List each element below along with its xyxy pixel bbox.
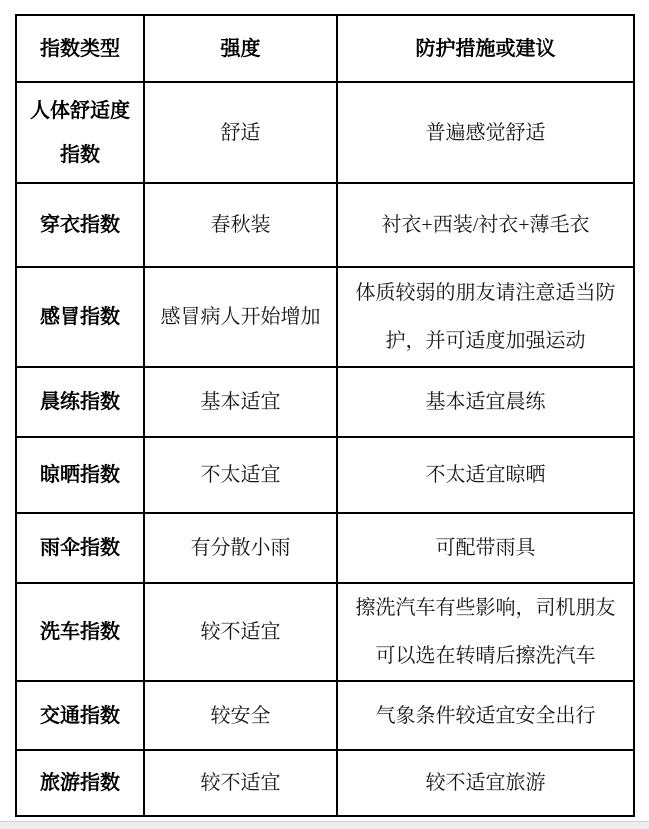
advice-cell: 擦洗汽车有些影响，司机朋友可以选在转晴后擦洗汽车 bbox=[337, 583, 634, 681]
index-type-cell: 人体舒适度指数 bbox=[16, 82, 144, 183]
advice-cell: 基本适宜晨练 bbox=[337, 367, 634, 437]
index-type-cell: 洗车指数 bbox=[16, 583, 144, 681]
index-type-cell: 旅游指数 bbox=[16, 750, 144, 816]
table-row: 晾晒指数不太适宜不太适宜晾晒 bbox=[16, 437, 634, 513]
index-type-cell: 晨练指数 bbox=[16, 367, 144, 437]
strength-cell: 基本适宜 bbox=[144, 367, 337, 437]
advice-cell: 衬衣+西装/衬衣+薄毛衣 bbox=[337, 183, 634, 267]
table-row: 旅游指数较不适宜较不适宜旅游 bbox=[16, 750, 634, 816]
table-row: 穿衣指数春秋装衬衣+西装/衬衣+薄毛衣 bbox=[16, 183, 634, 267]
advice-cell: 不太适宜晾晒 bbox=[337, 437, 634, 513]
strength-cell: 感冒病人开始增加 bbox=[144, 267, 337, 367]
index-type-cell: 晾晒指数 bbox=[16, 437, 144, 513]
advice-cell: 普遍感觉舒适 bbox=[337, 82, 634, 183]
header-strength: 强度 bbox=[144, 15, 337, 82]
table-row: 人体舒适度指数舒适普遍感觉舒适 bbox=[16, 82, 634, 183]
strength-cell: 舒适 bbox=[144, 82, 337, 183]
strength-cell: 不太适宜 bbox=[144, 437, 337, 513]
table-row: 晨练指数基本适宜基本适宜晨练 bbox=[16, 367, 634, 437]
table-row: 交通指数较安全气象条件较适宜安全出行 bbox=[16, 681, 634, 750]
strength-cell: 有分散小雨 bbox=[144, 513, 337, 583]
index-type-cell: 穿衣指数 bbox=[16, 183, 144, 267]
table-row: 雨伞指数有分散小雨可配带雨具 bbox=[16, 513, 634, 583]
weather-index-table: 指数类型 强度 防护措施或建议 人体舒适度指数舒适普遍感觉舒适穿衣指数春秋装衬衣… bbox=[15, 14, 635, 817]
index-type-cell: 感冒指数 bbox=[16, 267, 144, 367]
strength-cell: 较安全 bbox=[144, 681, 337, 750]
index-type-cell: 交通指数 bbox=[16, 681, 144, 750]
strength-cell: 较不适宜 bbox=[144, 750, 337, 816]
strength-cell: 春秋装 bbox=[144, 183, 337, 267]
advice-cell: 体质较弱的朋友请注意适当防护，并可适度加强运动 bbox=[337, 267, 634, 367]
advice-cell: 气象条件较适宜安全出行 bbox=[337, 681, 634, 750]
index-type-cell: 雨伞指数 bbox=[16, 513, 144, 583]
advice-cell: 可配带雨具 bbox=[337, 513, 634, 583]
table-row: 洗车指数较不适宜擦洗汽车有些影响，司机朋友可以选在转晴后擦洗汽车 bbox=[16, 583, 634, 681]
strength-cell: 较不适宜 bbox=[144, 583, 337, 681]
table-header-row: 指数类型 强度 防护措施或建议 bbox=[16, 15, 634, 82]
header-advice: 防护措施或建议 bbox=[337, 15, 634, 82]
header-index-type: 指数类型 bbox=[16, 15, 144, 82]
advice-cell: 较不适宜旅游 bbox=[337, 750, 634, 816]
bottom-bar bbox=[0, 821, 649, 829]
table-row: 感冒指数感冒病人开始增加体质较弱的朋友请注意适当防护，并可适度加强运动 bbox=[16, 267, 634, 367]
